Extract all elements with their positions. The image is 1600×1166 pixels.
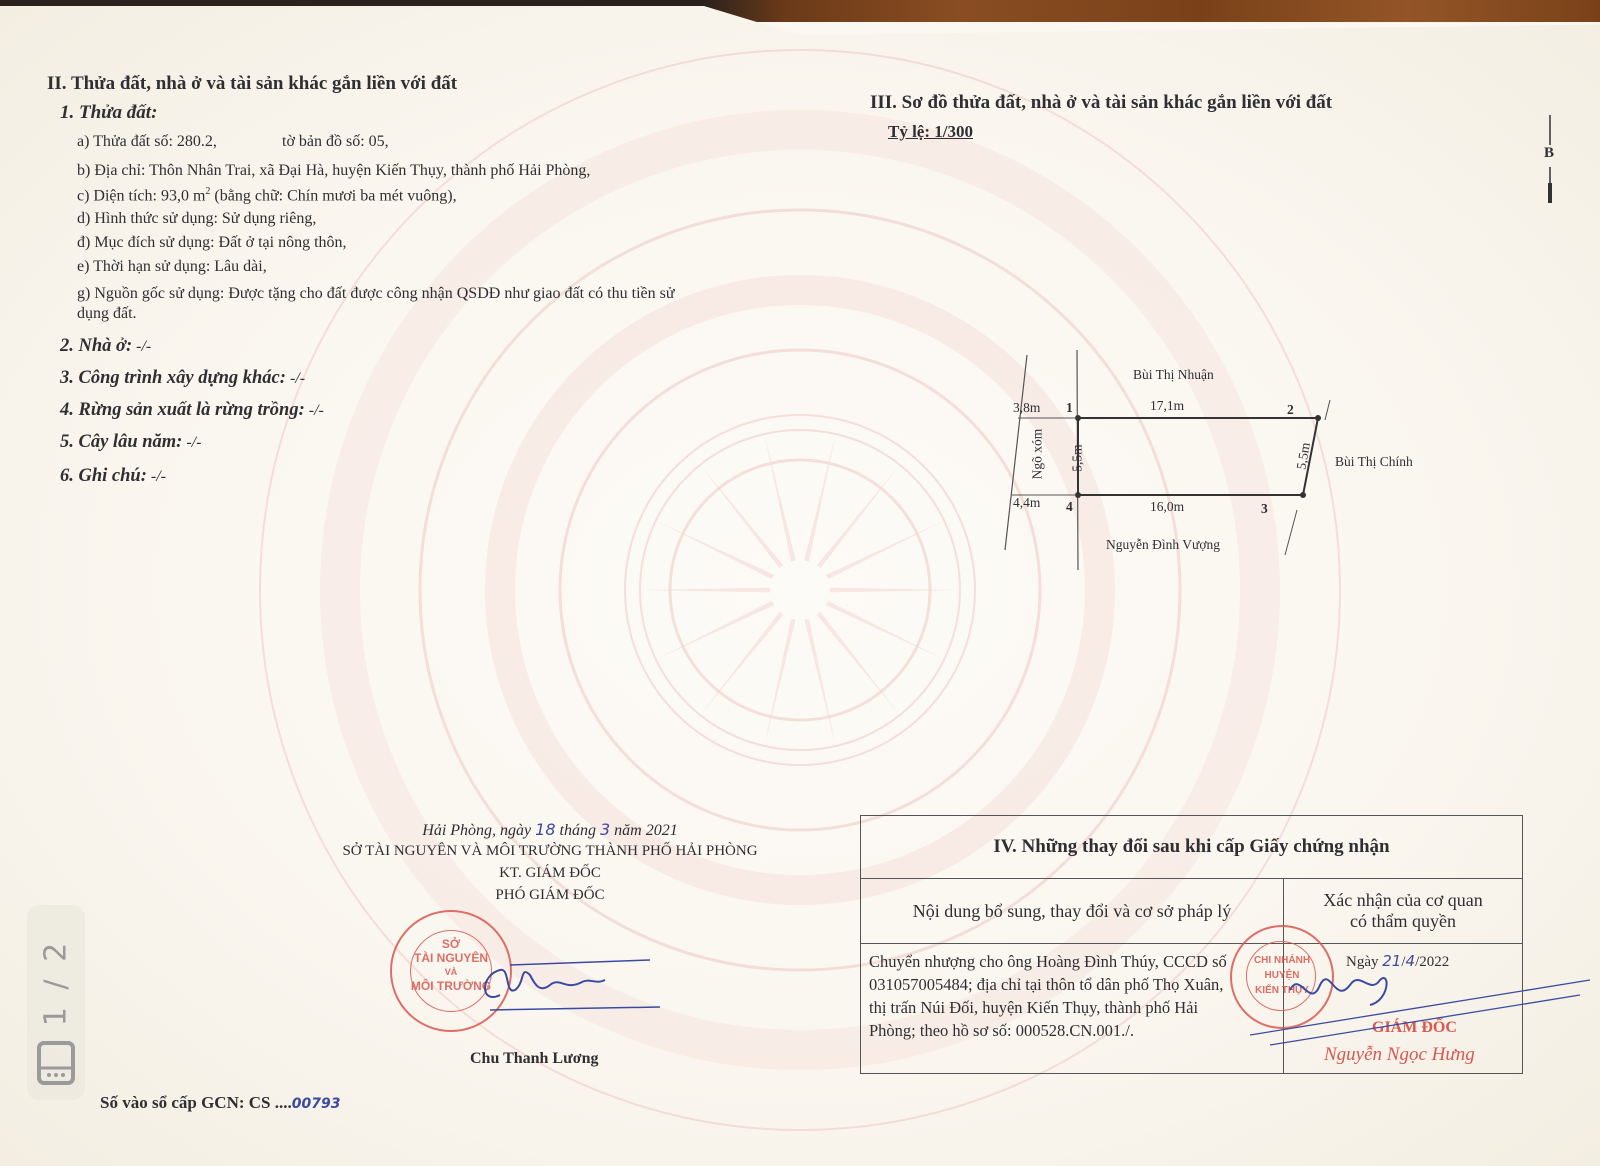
section-4-title: IV. Những thay đổi sau khi cấp Giấy chứn… <box>861 816 1523 879</box>
scale-label: Tỷ lệ: 1/300 <box>888 122 973 142</box>
map-sheet-number: tờ bản đồ số: 05, <box>282 133 389 151</box>
other-asset-label: 4. Rừng sản xuất là rừng trồng: <box>60 400 305 420</box>
page-indicator[interactable]: 1 / 2 <box>27 905 85 1100</box>
branch-signature-scribble-icon <box>1240 950 1600 1050</box>
land-parcel-heading: 1. Thửa đất: <box>60 102 157 124</box>
usage-origin-cont: dụng đất. <box>77 305 137 323</box>
other-asset-item: 6. Ghi chú: -/- <box>60 466 166 487</box>
road-width-bottom: 4,4m <box>1013 495 1040 511</box>
other-asset-label: 2. Nhà ở: <box>60 336 132 356</box>
north-arrow-icon: B <box>1540 115 1560 205</box>
change-content: Chuyển nhượng cho ông Hoàng Đình Thúy, C… <box>861 944 1284 1074</box>
other-asset-label: 3. Công trình xây dựng khác: <box>60 368 286 388</box>
other-asset-value: -/- <box>286 370 305 387</box>
section-3-title: III. Sơ đồ thửa đất, nhà ở và tài sản kh… <box>870 92 1332 114</box>
edge-3-4-length: 16,0m <box>1150 499 1184 515</box>
parcel-number: a) Thửa đất số: 280.2, <box>77 133 217 151</box>
other-asset-value: -/- <box>132 338 151 355</box>
road-label: Ngõ xóm <box>1029 429 1045 480</box>
address: b) Địa chỉ: Thôn Nhân Trai, xã Đại Hà, h… <box>77 162 590 180</box>
other-asset-value: -/- <box>182 434 201 451</box>
edge-1-2-length: 17,1m <box>1150 398 1184 414</box>
tablet-icon <box>36 1040 76 1086</box>
area: c) Diện tích: 93,0 m2 (bằng chữ: Chín mư… <box>77 186 457 205</box>
parcel-diagram: Bùi Thị Nhuận Bùi Thị Chính Nguyễn Đình … <box>1000 350 1470 570</box>
other-asset-label: 5. Cây lâu năm: <box>60 432 182 452</box>
page-counter: 1 / 2 <box>39 923 74 1043</box>
road-width-top: 3,8m <box>1013 400 1040 416</box>
other-asset-item: 4. Rừng sản xuất là rừng trồng: -/- <box>60 400 324 421</box>
gcn-registration-number: Số vào sổ cấp GCN: CS ....00793 <box>100 1093 340 1113</box>
point-2: 2 <box>1287 402 1294 418</box>
issue-month: 3 <box>600 820 610 839</box>
signer-role-1: KT. GIÁM ĐỐC <box>300 862 800 884</box>
column-header-content: Nội dung bổ sung, thay đổi và cơ sở pháp… <box>861 879 1284 944</box>
point-4: 4 <box>1066 499 1073 515</box>
other-asset-label: 6. Ghi chú: <box>60 466 147 486</box>
usage-purpose: đ) Mục đích sử dụng: Đất ở tại nông thôn… <box>77 234 347 252</box>
signer-role-2: PHÓ GIÁM ĐỐC <box>300 884 800 906</box>
area-in-words: (bằng chữ: Chín mươi ba mét vuông), <box>210 187 456 204</box>
column-header-confirmation: Xác nhận của cơ quan có thẩm quyền <box>1284 879 1523 944</box>
south-neighbor: Nguyễn Đình Vượng <box>1106 537 1220 553</box>
other-asset-item: 2. Nhà ở: -/- <box>60 336 151 357</box>
issue-date: Hải Phòng, ngày 18 tháng 3 năm 2021 <box>300 820 800 840</box>
area-value: c) Diện tích: 93,0 m <box>77 187 205 204</box>
north-label: B <box>1544 145 1554 162</box>
usage-term: e) Thời hạn sử dụng: Lâu dài, <box>77 258 267 276</box>
point-3: 3 <box>1261 501 1268 517</box>
usage-origin: g) Nguồn gốc sử dụng: Được tặng cho đất … <box>77 285 675 303</box>
other-asset-value: -/- <box>147 468 166 485</box>
issuer-signer-name: Chu Thanh Lương <box>470 1050 598 1068</box>
other-asset-value: -/- <box>305 402 324 419</box>
signature-scribble-icon <box>470 955 670 1025</box>
issuer-signature-block: Hải Phòng, ngày 18 tháng 3 năm 2021 SỞ T… <box>300 820 800 906</box>
north-neighbor: Bùi Thị Nhuận <box>1133 367 1214 383</box>
point-1: 1 <box>1066 400 1073 416</box>
issuing-organization: SỞ TÀI NGUYÊN VÀ MÔI TRƯỜNG THÀNH PHỐ HẢ… <box>300 840 800 862</box>
edge-4-1-length: 5,5m <box>1070 444 1086 471</box>
issue-day: 18 <box>535 820 555 839</box>
east-neighbor: Bùi Thị Chính <box>1335 454 1413 470</box>
usage-form: d) Hình thức sử dụng: Sử dụng riêng, <box>77 210 316 228</box>
other-asset-item: 3. Công trình xây dựng khác: -/- <box>60 368 305 389</box>
section-2-title: II. Thửa đất, nhà ở và tài sản khác gắn … <box>47 73 457 95</box>
other-asset-item: 5. Cây lâu năm: -/- <box>60 432 201 453</box>
